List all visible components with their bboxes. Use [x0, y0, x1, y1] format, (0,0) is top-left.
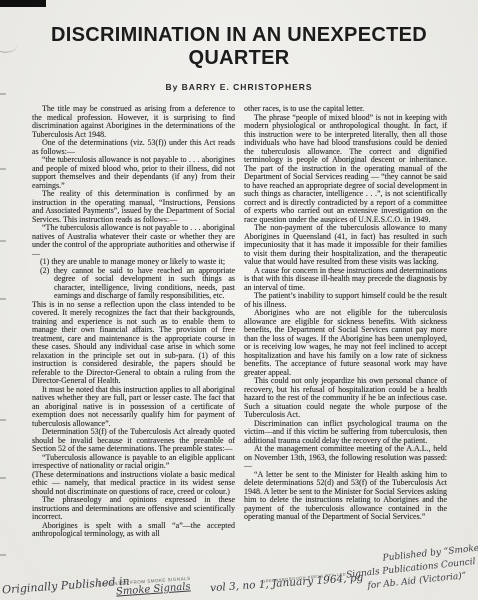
- scan-artifact-edge-tick: [0, 419, 6, 421]
- paragraph: This could not only jeopardize his own p…: [244, 377, 447, 420]
- scan-artifact-edge-tick: [0, 240, 6, 242]
- paragraph: Aborigines is spelt with a small “a”—the…: [32, 522, 235, 539]
- paragraph: The reality of this determination is con…: [32, 190, 235, 224]
- scan-artifact-corner: [0, 0, 46, 7]
- paragraph: The title may be construed as arising fr…: [32, 105, 235, 139]
- scan-artifact-edge-tick: [0, 93, 6, 95]
- paragraph: Aborigines who are not eligible for the …: [244, 309, 447, 377]
- article-byline: By BARRY E. CHRISTOPHERS: [0, 82, 478, 92]
- paragraph: (2) they cannot be said to have reached …: [32, 267, 235, 301]
- stamp-press-name: GREENSBOROUGH PRESS PTY. LTD.: [262, 571, 348, 583]
- handwritten-volume-date: vol 3, no 1, January 1964, pg: [210, 572, 364, 595]
- paragraph: At the management committee meeting of t…: [244, 445, 447, 471]
- article-title: DISCRIMINATION IN AN UNEXPECTED QUARTER: [0, 0, 478, 70]
- paragraph: One of the determinations (viz. 53(f)) u…: [32, 139, 235, 156]
- handwritten-published-by-line1: Published by “Smoke: [382, 543, 477, 566]
- handwritten-published-by-line3: for Ab. Aid (Victoria)”: [367, 569, 478, 594]
- left-column: The title may be construed as arising fr…: [32, 105, 235, 539]
- paragraph: Determination 53(f) of the Tuberculosis …: [32, 428, 235, 454]
- scan-artifact-edge-tick: [0, 554, 6, 556]
- paragraph: This is in no sense a reflection upon th…: [32, 301, 235, 386]
- paragraph: “A letter be sent to the Minister for He…: [244, 471, 447, 522]
- paragraph: The patient’s inability to support himse…: [244, 292, 447, 309]
- paragraph: Discrimination can inflict psychological…: [244, 420, 447, 446]
- stamp-reprinted-from-smoke-signals: REPRINTED FROM SMOKE SIGNALS: [98, 576, 191, 587]
- paragraph: The non-payment of the tuberculosis allo…: [244, 224, 447, 267]
- right-column: other races, is to use the capital lette…: [244, 105, 447, 539]
- handwritten-smoke-signals: Smoke Signals: [116, 581, 191, 597]
- scan-artifact-edge-tick: [0, 168, 6, 170]
- paragraph: “the tuberculosis allowance is not payab…: [32, 156, 235, 190]
- paragraph: The phrase “people of mixed blood” is no…: [244, 114, 447, 225]
- handwritten-originally-published: Originally Published in: [2, 575, 130, 597]
- paragraph: “Tuberculosis allowance is payable to an…: [32, 454, 235, 471]
- paragraph: It must be noted that this instruction a…: [32, 386, 235, 429]
- scan-artifact-edge-tick: [0, 298, 6, 300]
- paragraph: A cause for concern in these instruction…: [244, 267, 447, 293]
- scanned-page: DISCRIMINATION IN AN UNEXPECTED QUARTER …: [0, 0, 478, 600]
- handwritten-published-by: Published by “Smoke Signals Publications…: [338, 543, 478, 596]
- paragraph: (These determinations and instructions v…: [32, 471, 235, 497]
- scan-artifact-edge-tick: [0, 477, 6, 479]
- paragraph: The phraseology and opinions expressed i…: [32, 496, 235, 522]
- article-body: The title may be construed as arising fr…: [32, 105, 448, 539]
- handwritten-published-by-line2: Signals Publications Council: [346, 556, 478, 583]
- paragraph: “The tuberculosis allowance is not payab…: [32, 224, 235, 258]
